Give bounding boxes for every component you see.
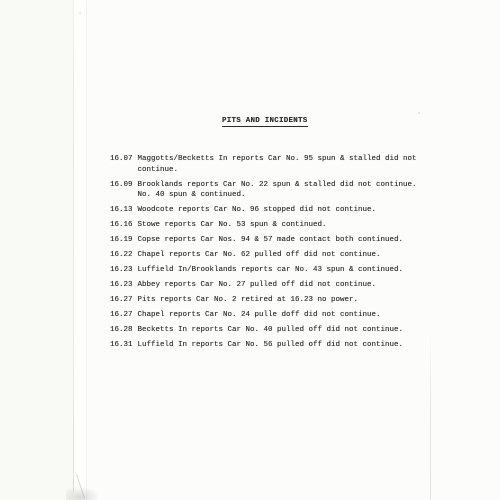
entry-time: 16.28 — [110, 325, 133, 336]
entry-text: Luffield In reports Car No. 56 pulled of… — [138, 340, 404, 351]
entry-line: Luffield In/Brooklands reports car No. 4… — [138, 265, 404, 276]
entry-line: Brooklands reports Car No. 22 spun & sta… — [138, 180, 417, 191]
scan-speck — [79, 12, 81, 14]
incident-entry: 16.27Pits reports Car No. 2 retired at 1… — [110, 295, 417, 306]
entry-text: Becketts In reports Car No. 40 pulled of… — [138, 325, 404, 336]
entry-text: Pits reports Car No. 2 retired at 16.23 … — [138, 295, 359, 306]
entry-text: Maggotts/Becketts In reports Car No. 95 … — [138, 154, 417, 175]
entry-text: Luffield In/Brooklands reports car No. 4… — [138, 265, 404, 276]
entry-line: Stowe reports Car No. 53 spun & continue… — [138, 220, 327, 231]
entry-line: Chapel reports Car No. 62 pulled off did… — [138, 250, 381, 261]
entry-time: 16.09 — [110, 180, 133, 201]
entry-line: Luffield In reports Car No. 56 pulled of… — [138, 340, 404, 351]
entry-text: Copse reports Car Nos. 94 & 57 made cont… — [138, 235, 404, 246]
entry-time: 16.27 — [110, 295, 133, 306]
entry-time: 16.19 — [110, 235, 133, 246]
entry-time: 16.16 — [110, 220, 133, 231]
incident-entry: 16.13Woodcote reports Car No. 96 stopped… — [110, 205, 417, 216]
entry-time: 16.27 — [110, 310, 133, 321]
scanned-document-page: PITS AND INCIDENTS 16.07Maggotts/Beckett… — [0, 0, 500, 500]
entry-time: 16.13 — [110, 205, 133, 216]
incident-entry: 16.31Luffield In reports Car No. 56 pull… — [110, 340, 417, 351]
page-left-margin — [0, 0, 73, 500]
entry-text: Brooklands reports Car No. 22 spun & sta… — [138, 180, 417, 201]
entry-time: 16.22 — [110, 250, 133, 261]
incident-entry: 16.09Brooklands reports Car No. 22 spun … — [110, 180, 417, 201]
page-title: PITS AND INCIDENTS — [222, 117, 308, 127]
incident-entry: 16.28Becketts In reports Car No. 40 pull… — [110, 325, 417, 336]
entry-line: Maggotts/Becketts In reports Car No. 95 … — [138, 154, 417, 165]
entry-line: Woodcote reports Car No. 96 stopped did … — [138, 205, 377, 216]
entry-text: Chapel reports Car No. 24 pulle doff did… — [138, 310, 381, 321]
scan-speck — [418, 112, 420, 114]
incident-entry: 16.07Maggotts/Becketts In reports Car No… — [110, 154, 417, 175]
incident-entry: 16.16Stowe reports Car No. 53 spun & con… — [110, 220, 417, 231]
entry-time: 16.07 — [110, 154, 133, 175]
incident-entry: 16.19Copse reports Car Nos. 94 & 57 made… — [110, 235, 417, 246]
entry-text: Abbey reports Car No. 27 pulled off did … — [138, 280, 377, 291]
incident-entry: 16.23Abbey reports Car No. 27 pulled off… — [110, 280, 417, 291]
incident-entry: 16.27Chapel reports Car No. 24 pulle dof… — [110, 310, 417, 321]
entry-line: No. 40 spun & continued. — [138, 190, 417, 201]
entry-time: 16.31 — [110, 340, 133, 351]
incident-entry: 16.23Luffield In/Brooklands reports car … — [110, 265, 417, 276]
scan-crease-highlight — [74, 0, 87, 500]
entry-line: Pits reports Car No. 2 retired at 16.23 … — [138, 295, 359, 306]
entry-line: Abbey reports Car No. 27 pulled off did … — [138, 280, 377, 291]
entry-line: continue. — [138, 165, 417, 176]
entry-time: 16.23 — [110, 265, 133, 276]
page-right-edge — [430, 330, 431, 500]
entry-text: Stowe reports Car No. 53 spun & continue… — [138, 220, 327, 231]
entry-text: Chapel reports Car No. 62 pulled off did… — [138, 250, 381, 261]
entry-line: Becketts In reports Car No. 40 pulled of… — [138, 325, 404, 336]
entry-text: Woodcote reports Car No. 96 stopped did … — [138, 205, 377, 216]
incident-entry: 16.22Chapel reports Car No. 62 pulled of… — [110, 250, 417, 261]
entry-line: Chapel reports Car No. 24 pulle doff did… — [138, 310, 381, 321]
scan-crease-shadow — [66, 486, 100, 500]
entry-line: Copse reports Car Nos. 94 & 57 made cont… — [138, 235, 404, 246]
entry-time: 16.23 — [110, 280, 133, 291]
incident-list: 16.07Maggotts/Becketts In reports Car No… — [110, 154, 417, 355]
